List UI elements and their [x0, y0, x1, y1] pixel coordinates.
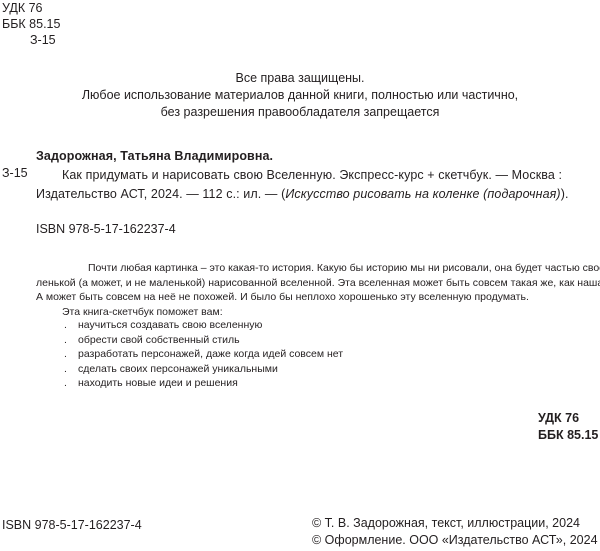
bullet-marker: .: [64, 347, 78, 362]
rights-notice: Все права защищены. Любое использование …: [0, 70, 600, 121]
list-item-text: обрести свой собственный стиль: [78, 333, 240, 348]
list-item: .обрести свой собственный стиль: [64, 333, 343, 348]
list-item: .научиться создавать свою вселенную: [64, 318, 343, 333]
copyright-author: © Т. В. Задорожная, текст, иллюстрации, …: [312, 515, 598, 532]
title-line: Как придумать и нарисовать свою Вселенну…: [36, 166, 569, 185]
udk-code-bottom: УДК 76: [538, 410, 598, 427]
bullet-marker: .: [64, 318, 78, 333]
publisher-line: Издательство АСТ, 2024. — 112 с.: ил. — …: [36, 185, 569, 204]
rights-line-2: Любое использование материалов данной кн…: [0, 87, 600, 104]
margin-author-mark: З-15: [2, 166, 28, 180]
author-heading: Задорожная, Татьяна Владимировна.: [36, 147, 569, 166]
bullet-marker: .: [64, 376, 78, 391]
udk-code: УДК 76: [2, 0, 60, 16]
author-mark: З-15: [2, 32, 60, 48]
bullet-marker: .: [64, 333, 78, 348]
benefits-list: .научиться создавать свою вселенную .обр…: [64, 318, 343, 391]
isbn-top: ISBN 978-5-17-162237-4: [36, 222, 176, 236]
bibliographic-record: Задорожная, Татьяна Владимировна. Как пр…: [36, 147, 569, 204]
annotation-line-3: А может быть совсем на неё не похожей. И…: [36, 290, 529, 305]
series-title: Искусство рисовать на коленке (подарочна…: [285, 187, 560, 201]
list-item: .находить новые идеи и решения: [64, 376, 343, 391]
rights-line-1: Все права защищены.: [0, 70, 600, 87]
bbk-code-bottom: ББК 85.15: [538, 427, 598, 444]
list-item-text: находить новые идеи и решения: [78, 376, 238, 391]
footer-classification-codes: УДК 76 ББК 85.15: [538, 410, 598, 444]
annotation-line-1: Почти любая картинка – это какая-то исто…: [88, 261, 600, 276]
list-item: .разработать персонажей, даже когда идей…: [64, 347, 343, 362]
list-item-text: разработать персонажей, даже когда идей …: [78, 347, 343, 362]
publisher-suffix: ).: [561, 187, 569, 201]
rights-line-3: без разрешения правообладателя запрещает…: [0, 104, 600, 121]
list-item-text: научиться создавать свою вселенную: [78, 318, 262, 333]
header-classification-codes: УДК 76 ББК 85.15 З-15: [2, 0, 60, 48]
copyright-block: © Т. В. Задорожная, текст, иллюстрации, …: [312, 515, 598, 549]
annotation-line-2: ленькой (а может, и не маленькой) нарисо…: [36, 276, 600, 291]
bbk-code: ББК 85.15: [2, 16, 60, 32]
list-item-text: сделать своих персонажей уникальными: [78, 362, 278, 377]
bullet-marker: .: [64, 362, 78, 377]
copyright-publisher: © Оформление. ООО «Издательство АСТ», 20…: [312, 532, 598, 549]
publisher-prefix: Издательство АСТ, 2024. — 112 с.: ил. — …: [36, 187, 285, 201]
annotation-line-4: Эта книга-скетчбук поможет вам:: [62, 305, 223, 320]
isbn-bottom: ISBN 978-5-17-162237-4: [2, 518, 142, 532]
list-item: .сделать своих персонажей уникальными: [64, 362, 343, 377]
